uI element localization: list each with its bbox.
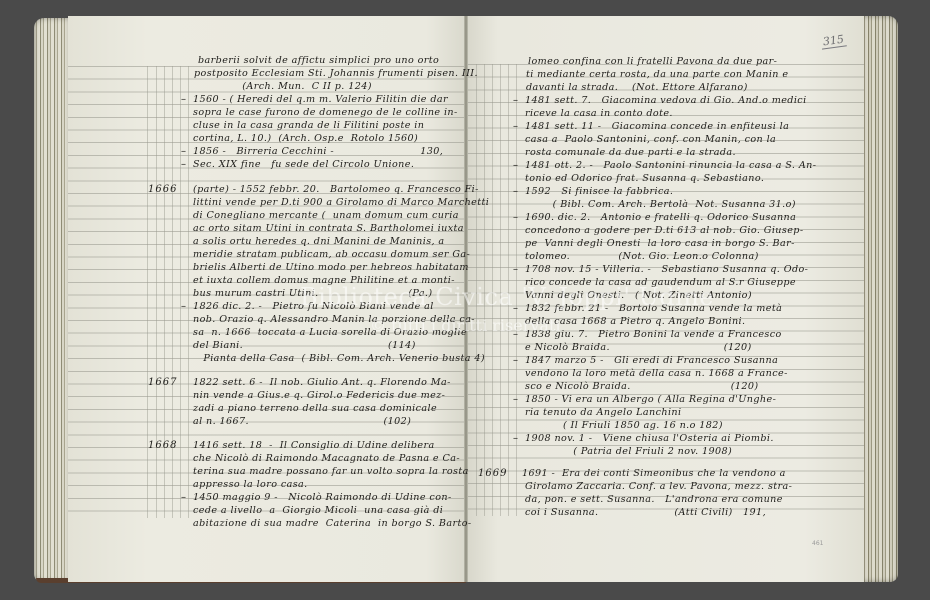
- entry-text: brielis Alberti de Utino modo per hebreo…: [193, 262, 469, 275]
- entry-text: 1592 Si finisce la fabbrica.: [525, 186, 673, 199]
- entry-text: meridie stratam publicam, ab occasu domu…: [193, 249, 470, 262]
- entry-text: 1416 sett. 18 - Il Consiglio di Udine de…: [193, 440, 435, 453]
- entry-text: e Nicolò Braida. (120): [525, 342, 752, 355]
- entry-text: ti mediante certa rosta, da una parte co…: [526, 69, 788, 82]
- entry-dash: –: [181, 301, 186, 312]
- entry-text: 1481 sett. 7. Giacomina vedova di Gio. A…: [525, 95, 807, 108]
- house-number: 1666: [148, 184, 177, 195]
- entry-text: terina sua madre possano far un volto so…: [193, 466, 469, 479]
- entry-text: postposito Ecclesiam Sti. Johannis frume…: [194, 68, 478, 81]
- footer-mark: 461: [812, 540, 823, 547]
- entry-text: lomeo confina con li fratelli Pavona da …: [528, 56, 777, 69]
- entry-text: rosta comunale da due parti e la strada.: [525, 147, 736, 160]
- entry-text: 1908 nov. 1 - Viene chiusa l'Osteria ai …: [525, 433, 774, 446]
- entry-text: Pianta della Casa ( Bibl. Com. Arch. Ven…: [193, 353, 485, 366]
- entry-text: 1838 giu. 7. Pietro Bonini la vende a Fr…: [525, 329, 782, 342]
- entry-text: ac orto sitam Utini in contrata S. Barth…: [193, 223, 464, 236]
- entry-text: vendono la loro metà della casa n. 1668 …: [525, 368, 788, 381]
- entry-text: barberii solvit de affictu simplici pro …: [198, 55, 439, 68]
- entry-text: coi i Susanna. (Atti Civili) 191,: [525, 507, 766, 520]
- entry-dash: –: [513, 121, 518, 132]
- entry-text: 1450 maggio 9 - Nicolò Raimondo di Udine…: [193, 492, 452, 505]
- margin-rule: [180, 66, 181, 518]
- entry-dash: –: [513, 355, 518, 366]
- copyright-watermark: © tutti i diritti riservati: [370, 316, 561, 335]
- entry-text: abitazione di sua madre Caterina in borg…: [193, 518, 472, 531]
- entry-text: di Conegliano mercante ( unam domum cum …: [193, 210, 459, 223]
- entry-text: Girolamo Zaccaria. Conf. a lev. Pavona, …: [525, 481, 792, 494]
- entry-text: cortina, L. 10.) (Arch. Osp.e Rotolo 156…: [193, 133, 418, 146]
- entry-text: riceve la casa in conto dote.: [525, 108, 673, 121]
- right-page-stack-edge: [862, 16, 898, 582]
- entry-text: (parte) - 1552 febbr. 20. Bartolomeo q. …: [193, 184, 479, 197]
- house-number: 1668: [148, 440, 177, 451]
- entry-dash: –: [181, 492, 186, 503]
- entry-dash: –: [513, 394, 518, 405]
- entry-text: littini vende per D.ti 900 a Girolamo di…: [193, 197, 489, 210]
- entry-text: nin vende a Gius.e q. Girol.o Federicis …: [193, 390, 445, 403]
- entry-dash: –: [181, 94, 186, 105]
- entry-text: pe Vanni degli Onesti la loro casa in bo…: [525, 238, 795, 251]
- margin-rule: [188, 66, 189, 518]
- entry-text: cede a livello a Giorgio Micoli una casa…: [193, 505, 443, 518]
- entry-text: 1822 sett. 6 - Il nob. Giulio Ant. q. Fl…: [193, 377, 451, 390]
- entry-dash: –: [513, 433, 518, 444]
- entry-text: da, pon. e sett. Susanna. L'androna era …: [525, 494, 783, 507]
- entry-text: 1850 - Vi era un Albergo ( Alla Regina d…: [525, 394, 776, 407]
- entry-dash: –: [181, 146, 186, 157]
- entry-text: 1856 - Birreria Cecchini - 130,: [193, 146, 443, 159]
- entry-text: tolomeo. (Not. Gio. Leon.o Colonna): [525, 251, 759, 264]
- entry-text: 1708 nov. 15 - Villeria. - Sebastiano Su…: [525, 264, 808, 277]
- entry-dash: –: [513, 212, 518, 223]
- entry-text: ( Patria del Friuli 2 nov. 1908): [525, 446, 732, 459]
- entry-dash: –: [513, 264, 518, 275]
- left-page-stack-edge: [34, 18, 70, 582]
- entry-text: 1481 ott. 2. - Paolo Santonini rinuncia …: [525, 160, 816, 173]
- entry-dash: –: [513, 160, 518, 171]
- entry-text: 1690. dic. 2. Antonio e fratelli q. Odor…: [525, 212, 796, 225]
- entry-text: sco e Nicolò Braida. (120): [525, 381, 759, 394]
- entry-text: appresso la loro casa.: [193, 479, 308, 492]
- entry-text: sopra le case furono de domenego de le c…: [193, 107, 458, 120]
- open-ledger-book: 315 barberii solvit de affictu simplici …: [0, 0, 930, 600]
- house-number: 1667: [148, 377, 177, 388]
- entry-text: che Nicolò di Raimondo Macagnato de Pasn…: [193, 453, 460, 466]
- entry-text: ( Il Friuli 1850 ag. 16 n.o 182): [525, 420, 723, 433]
- entry-text: al n. 1667. (102): [193, 416, 411, 429]
- entry-text: 1691 - Era dei conti Simeonibus che la v…: [522, 468, 786, 481]
- entry-text: 1560 - ( Heredi del q.m m. Valerio Filit…: [193, 94, 448, 107]
- entry-dash: –: [513, 186, 518, 197]
- entry-text: cluse in la casa granda de li Filitini p…: [193, 120, 424, 133]
- entry-text: casa a Paolo Santonini, conf. con Manin,…: [525, 134, 776, 147]
- entry-dash: –: [181, 159, 186, 170]
- house-number: 1669: [478, 468, 507, 479]
- entry-text: Sec. XIX fine fu sede del Circolo Unione…: [193, 159, 414, 172]
- entry-text: del Biani. (114): [193, 340, 416, 353]
- entry-text: 1481 sett. 11 - Giacomina concede in enf…: [525, 121, 789, 134]
- entry-text: ria tenuto da Angelo Lanchini: [525, 407, 681, 420]
- entry-dash: –: [513, 95, 518, 106]
- entry-text: (Arch. Mun. C II p. 124): [194, 81, 372, 94]
- entry-text: davanti la strada. (Not. Ettore Alfarano…: [526, 82, 748, 95]
- entry-text: zadi a piano terreno della sua casa domi…: [193, 403, 437, 416]
- library-watermark: Biblioteca Civica 'V. Joppi' Udine: [300, 283, 700, 311]
- entry-text: tonio ed Odorico frat. Susanna q. Sebast…: [525, 173, 764, 186]
- page-number: 315: [820, 32, 847, 49]
- entry-text: 1847 marzo 5 - Gli eredi di Francesco Su…: [525, 355, 778, 368]
- entry-text: concedono a godere per D.ti 613 al nob. …: [525, 225, 803, 238]
- entry-text: a solis ortu heredes q. dni Manini de Ma…: [193, 236, 445, 249]
- entry-text: ( Bibl. Com. Arch. Bertolà Not. Susanna …: [525, 199, 796, 212]
